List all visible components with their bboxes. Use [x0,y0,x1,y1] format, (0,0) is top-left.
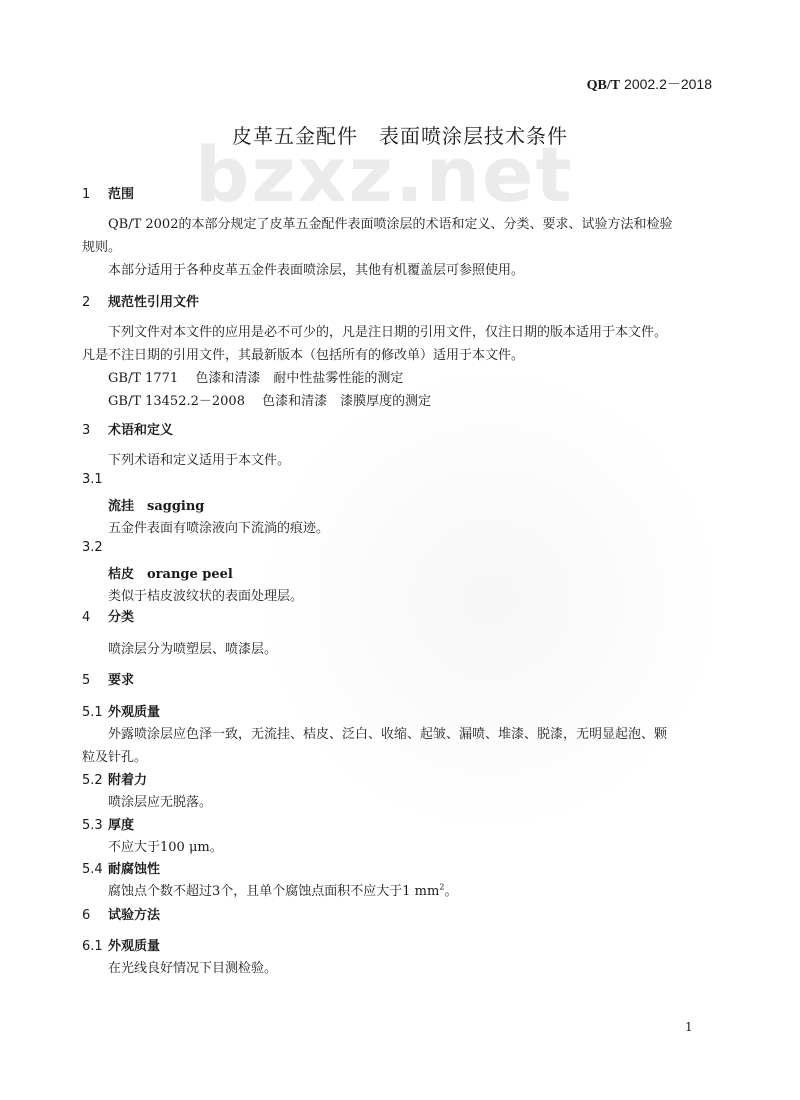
subsection-6-1-heading: 6.1外观质量 [82,935,160,954]
subsection-5-1-line-2: 粒及针孔。 [82,746,147,765]
term-3-1-number: 3.1 [82,472,103,487]
term-3-2-number: 3.2 [82,540,103,555]
section-5-heading: 5要求 [82,669,134,688]
reference-1: GB/T 1771 色漆和清漆 耐中性盐雾性能的测定 [108,367,403,386]
section-1-paragraph-2: 本部分适用于各种皮革五金件表面喷涂层，其他有机覆盖层可参照使用。 [108,259,524,278]
subsection-5-4-text: 腐蚀点个数不超过3个，且单个腐蚀点面积不应大于1 mm2。 [108,880,457,899]
subsection-5-2-heading: 5.2附着力 [82,769,147,788]
subsection-5-1-line-1: 外露喷涂层应色泽一致，无流挂、桔皮、泛白、收缩、起皱、漏喷、堆漆、脱漆，无明显起… [108,723,667,742]
document-title: 皮革五金配件 表面喷涂层技术条件 [0,120,800,149]
section-3-intro: 下列术语和定义适用于本文件。 [108,449,290,468]
standard-code: QB/T 2002.2－2018 [587,74,712,94]
section-3-heading: 3术语和定义 [82,419,173,438]
section-6-heading: 6试验方法 [82,904,160,923]
term-3-2-name: 桔皮 orange peel [108,563,233,582]
subsection-6-1-text: 在光线良好情况下目测检验。 [108,957,277,976]
section-2-paragraph-line-2: 凡是不注日期的引用文件，其最新版本（包括所有的修改单）适用于本文件。 [82,344,524,363]
subsection-5-3-heading: 5.3厚度 [82,814,134,833]
section-1-heading: 1范围 [82,183,134,202]
term-3-2-definition: 类似于桔皮波纹状的表面处理层。 [108,585,303,604]
term-3-1-definition: 五金件表面有喷涂液向下流淌的痕迹。 [108,517,329,536]
section-2-paragraph-line-1: 下列文件对本文件的应用是必不可少的，凡是注日期的引用文件，仅注日期的版本适用于本… [108,321,667,340]
section-4-heading: 4分类 [82,606,134,625]
watermark: bzxz.net [195,140,575,210]
page-number: 1 [685,1020,693,1034]
section-1-paragraph-1-line-1: QB/T 2002的本部分规定了皮革五金配件表面喷涂层的术语和定义、分类、要求、… [108,213,672,232]
subsection-5-1-heading: 5.1外观质量 [82,701,160,720]
term-3-1-name: 流挂 sagging [108,495,204,514]
subsection-5-4-heading: 5.4耐腐蚀性 [82,858,160,877]
subsection-5-3-text: 不应大于100 μm。 [108,836,223,855]
subsection-5-2-text: 喷涂层应无脱落。 [108,791,212,810]
section-4-text: 喷涂层分为喷塑层、喷漆层。 [108,638,277,657]
reference-2: GB/T 13452.2－2008 色漆和清漆 漆膜厚度的测定 [108,390,431,409]
section-1-paragraph-1-line-2: 规则。 [82,236,121,255]
scan-smudge [260,370,720,830]
section-2-heading: 2规范性引用文件 [82,291,199,310]
